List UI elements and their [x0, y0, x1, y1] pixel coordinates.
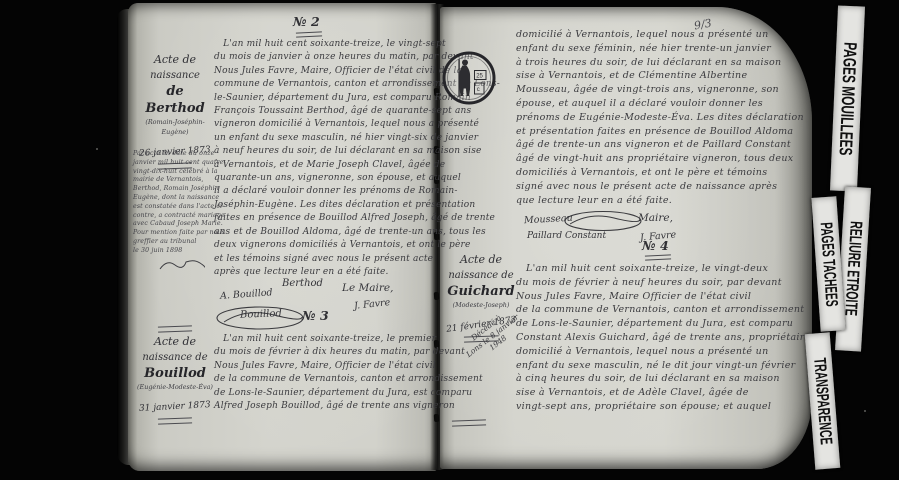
- margin-title-line: Acte de: [444, 252, 518, 268]
- text-line: Par acte en date du onze: [133, 150, 215, 159]
- condition-label-text: PAGES MOUILLEES: [835, 41, 861, 155]
- text-line: de Lons-le-Saunier, département du Jura,…: [214, 387, 483, 400]
- margin-given-names: (Romain-Joséphin-Eugène): [136, 117, 214, 137]
- text-line: prénoms de Eugénie-Modeste-Éva. Les dite…: [516, 111, 804, 125]
- mention-signature-flourish: [158, 258, 206, 274]
- text-line: Nous Jules Favre, Maire Officier de l'ét…: [516, 290, 811, 304]
- text-line: et présentation faites en présence de Bo…: [516, 125, 804, 139]
- text-line: âgé de trente-un ans vigneron et de Pail…: [516, 138, 804, 152]
- text-line: ans et de Bouillod Aldoma, âgé de trente…: [214, 226, 500, 239]
- text-line: à neuf heures du soir, de lui déclarant …: [214, 145, 500, 158]
- text-line: enfant du sexe féminin, née hier trente-…: [516, 42, 804, 56]
- text-line: domicilié à Vernantois, lequel nous a pr…: [516, 345, 811, 359]
- microfilm-scan: № 2 L'an mil huit cent soixante-treize, …: [0, 0, 899, 480]
- stamp-value: 25: [476, 74, 483, 80]
- stamp-unit: c: [477, 87, 480, 93]
- text-line: Mousseau, âgée de vingt-trois ans, vigne…: [516, 83, 804, 97]
- signature-berthod: Berthod: [282, 278, 323, 289]
- flourish-separator: [452, 419, 486, 426]
- text-line: sise à Vernantois, et de Adèle Clavel, â…: [516, 386, 811, 400]
- marginal-mention-note: Par acte en date du onzejanvier mil huit…: [133, 150, 215, 256]
- text-line: un enfant du sexe masculin, né hier ving…: [214, 132, 500, 145]
- act-4-body-text: L'an mil huit cent soixante-treize, le v…: [516, 262, 811, 414]
- signature-paillard: Paillard Constant: [527, 231, 606, 241]
- condition-label-text: PAGES TACHEES: [816, 221, 842, 307]
- flourish-separator: [158, 417, 192, 424]
- margin-name: de Berthod: [136, 83, 214, 117]
- act-3-continuation-text: domicilié à Vernantois, lequel nous a pr…: [516, 28, 804, 207]
- text-line: faites en présence de Bouillod Alfred Jo…: [214, 212, 500, 225]
- margin-title-line: naissance: [136, 68, 214, 83]
- text-line: de la commune de Vernantois, canton et a…: [214, 373, 483, 386]
- text-line: Eugène, dont la naissance: [133, 194, 215, 203]
- text-line: contre, a contracté mariage: [133, 212, 215, 221]
- margin-title-line: naissance de: [134, 350, 216, 365]
- text-line: avec Cabaud Joseph Marie.: [133, 220, 215, 229]
- text-line: il a déclaré vouloir donner les prénoms …: [214, 185, 500, 198]
- margin-given-names: (Eugénie-Modeste-Éva): [134, 382, 216, 392]
- text-line: épouse, et auquel il a déclaré vouloir d…: [516, 97, 804, 111]
- dust-speck: [96, 148, 98, 150]
- text-line: Joséphin-Eugène. Les dites déclaration e…: [214, 199, 500, 212]
- text-line: du mois de février à dix heures du matin…: [214, 346, 483, 359]
- text-line: à trois heures du soir, de lui déclarant…: [516, 56, 804, 70]
- flourish-separator: [158, 325, 192, 332]
- text-line: François Toussaint Berthod, âgé de quara…: [214, 105, 500, 118]
- dust-speck: [864, 410, 866, 412]
- text-line: le 30 juin 1898: [133, 247, 215, 256]
- text-line: mairie de Vernantois,: [133, 176, 215, 185]
- condition-label-pages-mouillees: PAGES MOUILLEES: [830, 5, 865, 191]
- text-line: Alfred Joseph Bouillod, âgé de trente an…: [214, 400, 483, 413]
- text-line: Constant Alexis Guichard, âgé de trente …: [516, 331, 811, 345]
- text-line: du mois de février à neuf heures du soir…: [516, 276, 811, 290]
- text-line: deux vignerons domiciliés à Vernantois, …: [214, 239, 500, 252]
- margin-title-line: Acte de: [134, 334, 216, 350]
- text-line: domiciliés à Vernantois, et ont le père …: [516, 166, 804, 180]
- text-line: Nous Jules Favre, Maire, Officier de l'é…: [214, 360, 483, 373]
- binding-stitch: [434, 292, 440, 300]
- text-line: greffier au tribunal: [133, 238, 215, 247]
- text-line: à cinq heures du soir, de lui déclarant …: [516, 372, 811, 386]
- text-line: signé avec nous le présent acte de naiss…: [516, 180, 804, 194]
- act-2-number: № 2: [293, 14, 320, 29]
- text-line: vingt-sept ans, propriétaire son épouse;…: [516, 400, 811, 414]
- margin-title-line: Acte de: [136, 52, 214, 68]
- text-line: enfant du sexe masculin, né le dit jour …: [516, 359, 811, 373]
- condition-label-text: RELIURE ETROITE: [840, 221, 866, 317]
- text-line: de la commune de Vernantois, canton et a…: [516, 303, 811, 317]
- text-line: Pour mention faite par nous: [133, 229, 215, 238]
- margin-annotation-bouillod: Acte de naissance de Bouillod (Eugénie-M…: [134, 322, 216, 426]
- text-line: à Vernantois, et de Marie Joseph Clavel,…: [214, 159, 500, 172]
- text-line: janvier mil huit cent quatre-: [133, 159, 215, 168]
- text-line: domicilié à Vernantois, lequel nous a pr…: [516, 28, 804, 42]
- binding-stitch: [434, 414, 440, 422]
- text-line: sise à Vernantois, et de Clémentine Albe…: [516, 69, 804, 83]
- text-line: vingt-dix-huit célébré à la: [133, 168, 215, 177]
- margin-date: 31 janvier 1873: [139, 398, 211, 416]
- condition-label-pages-tachees: PAGES TACHEES: [811, 196, 845, 331]
- text-line: de Lons-le-Saunier, département du Jura,…: [516, 317, 811, 331]
- margin-name: Guichard: [444, 283, 518, 300]
- condition-label-text: TRANSPARENCE: [809, 357, 836, 445]
- margin-name: Bouillod: [134, 365, 216, 382]
- text-line: L'an mil huit cent soixante-treize, le p…: [214, 333, 483, 346]
- revenue-stamp-icon: 25 c: [441, 49, 497, 107]
- act-3-number: № 3: [302, 308, 329, 323]
- text-line: Berthod, Romain Joséphin: [133, 185, 215, 194]
- text-line: vigneron domicilié à Vernantois, lequel …: [214, 118, 500, 131]
- condition-label-transparence: TRANSPARENCE: [805, 332, 841, 470]
- text-line: âgé de vingt-huit ans propriétaire vigne…: [516, 152, 804, 166]
- signature-maire-word: Maire,: [638, 212, 673, 224]
- signature-maire-label: Le Maire,: [342, 282, 393, 294]
- text-line: quarante-un ans, vigneronne, son épouse,…: [214, 172, 500, 185]
- text-line: est constatée dans l'acte ci-: [133, 203, 215, 212]
- text-line: L'an mil huit cent soixante-treize, le v…: [516, 262, 811, 276]
- signature-bouillod-flourish: Bouillod: [240, 308, 282, 320]
- act-3-body-text: L'an mil huit cent soixante-treize, le p…: [214, 333, 483, 413]
- text-line: que lecture leur en a été faite.: [516, 194, 804, 208]
- margin-title-line: naissance de: [444, 268, 518, 283]
